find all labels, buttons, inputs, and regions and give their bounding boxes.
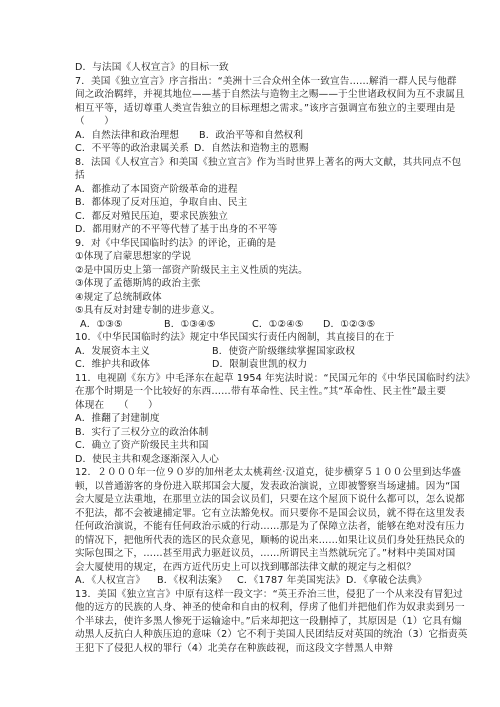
q7-stem-line-3: 相互平等，适切尊重人类宣告独立的目标理想之需求。”该序言强调宣布独立的主要理由是 bbox=[75, 102, 427, 116]
q8-option-d: D．都用财产的不平等代替了基于出身的不平等 bbox=[75, 223, 427, 237]
q9-option-a: A．①③⑤ bbox=[80, 318, 164, 332]
q7-option-b: B．政治平等和自然权利 bbox=[199, 129, 303, 143]
q11-option-d: D．使民主共和观念逐渐深入人心 bbox=[75, 453, 427, 467]
q10-options-ab: A．发展资本主义 B．使资产阶级继续掌握国家政权 bbox=[75, 345, 427, 359]
q11-option-a: A．推翻了封建制度 bbox=[75, 412, 427, 426]
q12-option-b: B．《权利法案》 bbox=[157, 574, 237, 588]
q7-options-ab: A．自然法律和政治理想 B．政治平等和自然权利 bbox=[75, 129, 427, 143]
q7-stem-line-2: 间之政治羁绊，并视其地位——基于自然法与造物主之赐——于尘世诸政权间为互不隶属且 bbox=[75, 88, 427, 102]
q9-option-b: B．①③④⑤ bbox=[164, 318, 252, 332]
q9-item-3: ③体现了孟德斯鸠的政治主张 bbox=[75, 277, 427, 291]
q9-item-2: ②是中国历史上第一部资产阶级民主主义性质的宪法。 bbox=[75, 264, 427, 278]
q12-stem-line-4: 不犯法，都不会被逮捕定罪。它有立法豁免权。而只要你不是国会议员，就不得在这里发表 bbox=[75, 507, 427, 521]
q8-option-b: B．都体现了反对压迫，争取自由、民主 bbox=[75, 196, 427, 210]
q9-item-4: ④规定了总统制政体 bbox=[75, 291, 427, 305]
q10-option-c: C．维护共和政体 bbox=[75, 358, 212, 372]
q7-stem-line-1: 7．美国《独立宣言》序言指出：“美洲十三合众州全体一致宣告……解消一群人民与他群 bbox=[75, 75, 427, 89]
q11-option-b: B．实行了三权分立的政治体制 bbox=[75, 426, 427, 440]
q12-stem-line-8: 会大厦使用的规定，在西方近代历史上可以找到哪部法律文献的规定与之相似？ bbox=[75, 561, 427, 575]
q8-option-a: A．都推动了本国资产阶级革命的进程 bbox=[75, 183, 427, 197]
q9-options: A．①③⑤ B．①③④⑤ C．①②④⑤ D．①②③⑤ bbox=[75, 318, 427, 332]
q9-stem: 9．对《中华民国临时约法》的评论，正确的是 bbox=[75, 237, 427, 251]
q13-stem-line-2: 他的远方的民族的人身、神圣的使命和自由的权利，俘虏了他们并把他们作为奴隶卖到另一 bbox=[75, 601, 427, 615]
q12-options: A．《人权宣言》 B．《权利法案》 C．《1787 年美国宪法》 D．《拿破仑法… bbox=[75, 574, 427, 588]
q9-option-d: D．①②③⑤ bbox=[323, 318, 375, 332]
q11-option-c: C．确立了资产阶级民主共和国 bbox=[75, 439, 427, 453]
q12-stem-line-5: 任何政治演说，不能有任何政治示威的行动……那是为了保障立法者，能够在绝对没有压力 bbox=[75, 520, 427, 534]
q10-option-a: A．发展资本主义 bbox=[75, 345, 212, 359]
q7-options-cd: C．不平等的政治隶属关系 D．自然法和造物主的恩赐 bbox=[75, 142, 427, 156]
q11-stem-line-3: 体现在 （ ） bbox=[75, 399, 427, 413]
q6-option-d: D．与法国《人权宣言》的目标一致 bbox=[75, 61, 427, 75]
q12-option-d: D．《拿破仑法典》 bbox=[346, 574, 427, 588]
q10-stem: 10．《中华民国临时约法》规定中华民国实行责任内阁制，其直接目的在于 bbox=[75, 331, 427, 345]
q13-stem-line-1: 13．美国《独立宣言》中原有这样一段文字：“英王乔治三世，侵犯了一个从来没有冒犯… bbox=[75, 588, 427, 602]
q10-option-d: D．限制袁世凯的权力 bbox=[212, 358, 307, 372]
q7-option-c: C．不平等的政治隶属关系 bbox=[75, 142, 194, 156]
q12-stem-line-1: 12．２０００年一位９０岁的加州老太太桃莉丝·汉道克，徒步横穿５１００公里到达华… bbox=[75, 466, 427, 480]
q10-options-cd: C．维护共和政体 D．限制袁世凯的权力 bbox=[75, 358, 427, 372]
q11-stem-line-1: 11．电视剧《东方》中毛泽东在起草 1954 年宪法时说：“民国元年的《中华民国… bbox=[75, 372, 427, 386]
q8-option-c: C．都反对殖民压迫，要求民族独立 bbox=[75, 210, 427, 224]
q10-option-b: B．使资产阶级继续掌握国家政权 bbox=[212, 345, 355, 359]
q13-stem-line-3: 个半球去，使许多黑人惨死于运输途中。”后来却把这一段删掉了，其原因是（1）它具有… bbox=[75, 615, 427, 629]
q7-option-d: D．自然法和造物主的恩赐 bbox=[194, 142, 309, 156]
q13-stem-line-5: 王犯下了侵犯人权的罪行（4）北美存在种族歧视，而这段文字替黑人申辩 bbox=[75, 642, 427, 656]
q12-option-c: C．《1787 年美国宪法》 bbox=[237, 574, 346, 588]
q12-option-a: A．《人权宣言》 bbox=[75, 574, 157, 588]
q13-stem-line-4: 动黑人反抗白人种族压迫的意味（2）它不利于美国人民团结反对英国的统治（3）它指责… bbox=[75, 628, 427, 642]
exam-page: D．与法国《人权宣言》的目标一致 7．美国《独立宣言》序言指出：“美洲十三合众州… bbox=[75, 61, 427, 655]
q12-stem-line-2: 顿，以普通游客的身份进入联邦国会大厦，发表政治演说，立即被警察当场逮捕。因为“国 bbox=[75, 480, 427, 494]
q9-item-1: ①体现了启蒙思想家的学说 bbox=[75, 250, 427, 264]
q9-item-5: ⑤具有反对封建专制的进步意义。 bbox=[75, 304, 427, 318]
q12-stem-line-6: 的情况下，把他所代表的选区的民众意见，顺畅的说出来……如果让议员们身处狂热民众的 bbox=[75, 534, 427, 548]
q8-stem-line-1: 8．法国《人权宣言》和美国《独立宣言》作为当时世界上著名的两大文献，其共同点不包 bbox=[75, 156, 427, 170]
q7-answer-blank: （ ） bbox=[75, 115, 427, 129]
q11-stem-line-2: 在那个时期是一个比较好的东西……带有革命性、民主性。”其“革命性、民主性”最主要 bbox=[75, 385, 427, 399]
q9-option-c: C．①②④⑤ bbox=[252, 318, 323, 332]
q12-stem-line-7: 实际包围之下，……甚至用武力驱赶议员，……所谓民主当然就玩完了。”材料中美国对国 bbox=[75, 547, 427, 561]
q8-stem-line-2: 括 bbox=[75, 169, 427, 183]
q7-option-a: A．自然法律和政治理想 bbox=[75, 129, 199, 143]
q12-stem-line-3: 会大厦是立法重地，在那里立法的国会议员们，只要在这个屋顶下说什么都可以，怎么说都 bbox=[75, 493, 427, 507]
